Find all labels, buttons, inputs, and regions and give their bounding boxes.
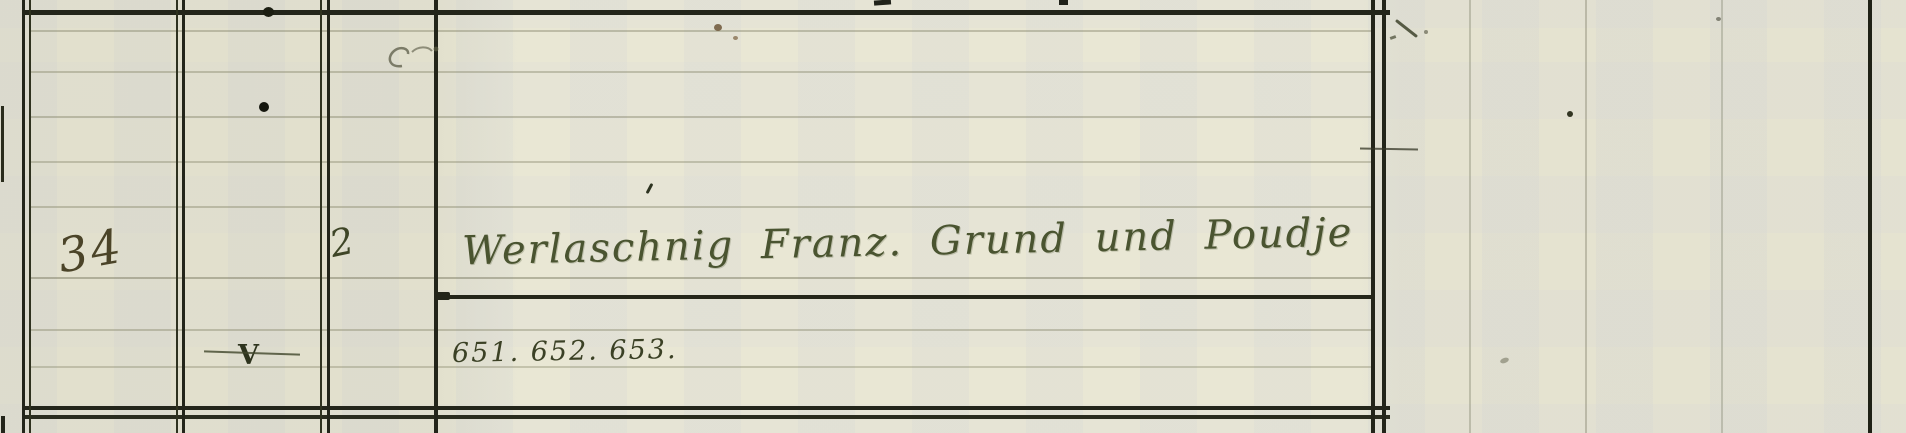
ruled-line (30, 116, 1372, 118)
apostrophe-ink-tick (646, 183, 654, 194)
column-divider-2-outer (320, 0, 322, 433)
name-line-handwriting: Werlaschnig Franz. Grund und Poudje (462, 210, 1354, 275)
round-ink-dot (259, 102, 269, 112)
brown-stain-speck (733, 36, 738, 40)
column-divider-1-outer (176, 0, 178, 433)
scanned-ledger-page: 34 V 2 Werlaschnig Franz. Grund und Poud… (0, 0, 1906, 433)
right-border-inner (1371, 0, 1375, 433)
left-border-inner (29, 0, 31, 433)
column-divider-1-inner (182, 0, 185, 433)
page-edge-mark (1, 106, 4, 182)
ruled-line (30, 277, 1372, 279)
faint-column-line (1585, 0, 1587, 433)
short-rule-fragment (1360, 147, 1418, 150)
pencil-check-stroke (1395, 19, 1418, 38)
top-edge-ink-mark (874, 0, 891, 6)
name-cell-bottom-border (437, 295, 1371, 299)
ink-speck (1424, 30, 1428, 34)
right-page-rule (1868, 0, 1872, 433)
brown-stain-speck (714, 24, 722, 31)
pencil-check-stroke (1390, 35, 1397, 40)
left-border-outer (22, 0, 25, 433)
ruled-line (30, 329, 1372, 331)
column3-number-value: 2 (326, 219, 358, 266)
scan-shading (0, 0, 1906, 433)
column2-check-mark: V (238, 340, 260, 371)
pencil-scribble (382, 42, 442, 80)
scan-texture-vertical (0, 0, 1906, 433)
faint-pencil-speck (1499, 357, 1509, 365)
table-bottom-border-outer (22, 406, 1390, 410)
parcel-numbers-handwriting: 651. 652. 653. (452, 334, 678, 369)
page-edge-mark (1, 416, 5, 433)
faint-column-line (1721, 0, 1723, 433)
table-bottom-border-inner (22, 415, 1390, 419)
faint-column-line (1469, 0, 1471, 433)
ink-blot-on-top-border (263, 7, 274, 17)
ruled-line (30, 161, 1372, 163)
name-cell-border-cap (436, 292, 450, 300)
right-border-outer (1382, 0, 1386, 433)
ruled-line (30, 30, 1372, 32)
ink-speck (1716, 17, 1721, 21)
ruled-line (30, 71, 1372, 73)
table-top-border (22, 10, 1390, 15)
ruled-line (30, 206, 1372, 208)
row-number-value: 34 (54, 219, 128, 285)
ink-speck (1567, 111, 1573, 117)
top-edge-ink-mark (1059, 0, 1068, 5)
column-divider-2-inner (327, 0, 330, 433)
ruled-line (30, 366, 1372, 368)
scan-texture-horizontal (0, 0, 1906, 433)
